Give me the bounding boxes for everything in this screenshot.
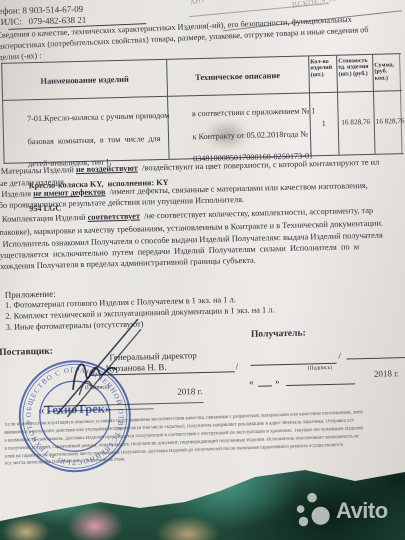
table-header-sum: Сумма, (руб. коп.) — [372, 62, 401, 82]
clause-text: ые детали изделия. — [0, 177, 66, 188]
slash-separator: / — [338, 351, 341, 361]
date-blank — [258, 385, 272, 386]
clause-text: Изделия — [1, 189, 33, 199]
table-cell-price: 16 828,76 — [339, 117, 373, 129]
signature-caption: (Подпись) — [308, 365, 332, 372]
table-cell-sum: 16 828,76 — [376, 116, 405, 128]
receiver-year: 2018 г. — [374, 368, 399, 379]
paper-sheet: лефон: 8 903-514-67-09 НИЛС: 079-482-638… — [0, 0, 405, 540]
clause-choice: не имеют дефектов — [33, 187, 105, 198]
photo-of-document: лефон: 8 903-514-67-09 НИЛС: 079-482-638… — [0, 0, 405, 540]
date-blank — [286, 383, 355, 386]
date-quote: « — [249, 377, 254, 387]
receiver-name-line — [346, 357, 405, 359]
avito-watermark-text: Avito — [336, 498, 388, 524]
item-name-line: базовая комнатная, в том числе для — [27, 134, 160, 146]
table-cell-qty: 1 — [310, 118, 338, 130]
clause-choice: соответствует — [88, 212, 141, 222]
slash-separator: / — [236, 361, 239, 371]
table-header-name: Наименование изделий — [2, 60, 167, 100]
avito-watermark: Avito — [292, 487, 404, 535]
corner-text-fragment: АНТ — [189, 0, 206, 7]
date-quote: » — [275, 376, 280, 386]
clause-line: ые детали изделия. — [0, 177, 66, 188]
table-header-qty: Кол-во изделий (шт.) — [308, 59, 336, 79]
clause-text: Материалы Изделий — [1, 165, 76, 176]
shadow-smudge — [204, 120, 250, 150]
intro-line: зделии (-ях) : — [0, 51, 42, 63]
appendix-title: Приложение: — [5, 289, 56, 301]
clause-text: Комплектация Изделий — [2, 213, 88, 224]
fold-line — [189, 3, 328, 17]
description-line: в соответствии с приложением № 1 — [192, 106, 316, 118]
items-table: Наименование изделий Техническое описани… — [1, 53, 403, 164]
clause-choice: не воздействуют — [76, 164, 138, 175]
clause-text: /не соответствует количеству, комплектно… — [140, 206, 373, 221]
avito-logo-icon — [292, 489, 334, 533]
table-header-description: Техническое описание — [166, 56, 309, 95]
item-name-line: 7-01.Кресло-коляска с ручным приводом — [27, 111, 170, 123]
supplier-year: 2018 г. — [177, 386, 202, 397]
table-header-price: Стоимость ед. изделия (шт.) (руб.) — [336, 58, 372, 78]
handwritten-signature — [41, 313, 159, 421]
receiver-label: Получатель: — [251, 328, 306, 340]
